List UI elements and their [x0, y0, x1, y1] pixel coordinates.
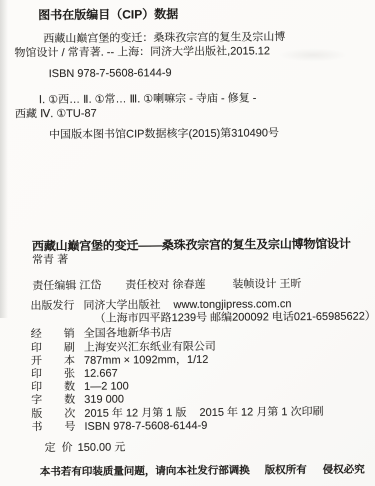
colophon-list: 出版发行同济大学出版社www.tongjipress.com.cn （上海市四平…	[30, 298, 375, 435]
copyright-page: 图书在版编目（CIP）数据 西藏山巅宫堡的变迁：桑珠孜宗宫的复生及宗山博 物馆设…	[0, 0, 375, 486]
colophon-value: 同济大学出版社	[83, 299, 160, 312]
infringement-warning: 侵权必究	[323, 464, 365, 476]
colophon-label: 书号	[31, 421, 75, 435]
colophon-value: 全国各地新华书店	[84, 328, 172, 341]
colophon-row-book-number: 书号ISBN 978-7-5608-6144-9	[31, 418, 375, 434]
book-author: 常青 著	[32, 253, 68, 267]
edition-info: 2015 年 12 月第 1 版	[84, 407, 186, 420]
cip-classification-line1: Ⅰ. ①西… Ⅱ. ①常… Ⅲ. ①喇嘛宗 - 寺庙 - 修复 -	[39, 91, 257, 107]
cip-classification-line2: 西藏 Ⅳ. ①TU-87	[15, 107, 97, 122]
footer-notice-row: 本书若有印装质量问题，请向本社发行部调换版权所有侵权必究	[40, 462, 365, 480]
copyright-reserved: 版权所有	[265, 464, 307, 476]
printing-info: 2015 年 12 月第 1 次印刷	[199, 406, 323, 419]
cip-record-line2: 物馆设计 / 常青著. -- 上海：同济大学出版社,2015.12	[14, 44, 270, 60]
colophon-label: 经销	[31, 328, 75, 342]
colophon-label: 印张	[31, 368, 75, 382]
quality-notice: 本书若有印装质量问题，请向本社发行部调换	[40, 465, 250, 479]
price-label: 定价	[45, 441, 73, 455]
colophon-value: 12.667	[84, 368, 118, 380]
staff-editor: 责任编辑 江岱	[32, 279, 101, 294]
colophon-row-edition: 版次2015 年 12 月第 1 版2015 年 12 月第 1 次印刷	[31, 405, 375, 421]
colophon-value: ISBN 978-7-5608-6144-9	[84, 420, 207, 433]
cip-registry-number: 中国版本图书馆CIP数据核字(2015)第310490号	[49, 126, 279, 142]
colophon-label: 印刷	[31, 341, 75, 355]
colophon-label: 字数	[31, 394, 75, 408]
price-value: 150.00 元	[78, 441, 126, 453]
colophon-label: 印数	[31, 381, 75, 395]
colophon-row-address: （上海市四平路1239号 邮编200092 电话021-65985622）	[31, 311, 375, 327]
price-row: 定价150.00 元	[45, 440, 126, 455]
cip-header: 图书在版编目（CIP）数据	[38, 7, 178, 22]
staff-designer: 装帧设计 王昕	[232, 277, 301, 292]
colophon-value: 319 000	[84, 394, 124, 406]
publisher-address: （上海市四平路1239号 邮编200092 电话021-65985622）	[95, 311, 375, 325]
colophon-label: 开本	[31, 355, 75, 369]
staff-credits: 责任编辑 江岱 责任校对 徐春莲 装帧设计 王昕	[32, 277, 301, 293]
page-content: 图书在版编目（CIP）数据 西藏山巅宫堡的变迁：桑珠孜宗宫的复生及宗山博 物馆设…	[0, 0, 375, 486]
colophon-value: 上海安兴汇东纸业有限公司	[84, 340, 216, 353]
cip-isbn: ISBN 978-7-5608-6144-9	[49, 66, 172, 81]
colophon-label: 版次	[31, 408, 75, 422]
staff-proofreader: 责任校对 徐春莲	[125, 278, 205, 293]
colophon-value: 1—2 100	[84, 381, 129, 393]
book-title: 西藏山巅宫堡的变迁——桑珠孜宗宫的复生及宗山博物馆设计	[32, 235, 351, 255]
publisher-website: www.tongjipress.com.cn	[173, 298, 291, 311]
colophon-label: 出版发行	[30, 300, 74, 314]
colophon-value: 787mm × 1092mm，1/12	[84, 354, 209, 367]
